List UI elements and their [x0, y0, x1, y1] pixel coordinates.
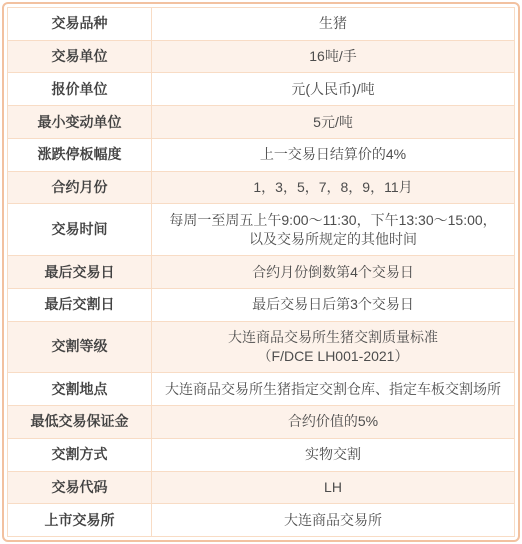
spec-label: 涨跌停板幅度: [8, 139, 152, 171]
spec-value: 实物交割: [152, 439, 514, 471]
table-row: 最后交割日 最后交易日后第3个交易日: [8, 289, 514, 322]
spec-value: 元(人民币)/吨: [152, 73, 514, 105]
spec-label: 交割方式: [8, 439, 152, 471]
table-row: 交割等级 大连商品交易所生猪交割质量标准 （F/DCE LH001-2021）: [8, 322, 514, 374]
spec-label: 最小变动单位: [8, 106, 152, 138]
table-row: 上市交易所 大连商品交易所: [8, 504, 514, 536]
spec-label: 交割等级: [8, 322, 152, 373]
spec-value: 大连商品交易所: [152, 504, 514, 536]
spec-value: 最后交易日后第3个交易日: [152, 289, 514, 321]
spec-label: 最后交易日: [8, 256, 152, 288]
table-row: 合约月份 1，3，5，7，8，9，11月: [8, 172, 514, 205]
spec-value: 1，3，5，7，8，9，11月: [152, 172, 514, 204]
table-row: 涨跌停板幅度 上一交易日结算价的4%: [8, 139, 514, 172]
table-row: 交易单位 16吨/手: [8, 41, 514, 74]
spec-label: 交割地点: [8, 373, 152, 405]
table-row: 交易品种 生猪: [8, 8, 514, 41]
table-row: 报价单位 元(人民币)/吨: [8, 73, 514, 106]
table-row: 最后交易日 合约月份倒数第4个交易日: [8, 256, 514, 289]
spec-value: 上一交易日结算价的4%: [152, 139, 514, 171]
spec-label: 最后交割日: [8, 289, 152, 321]
spec-label: 交易时间: [8, 204, 152, 255]
spec-label: 交易单位: [8, 41, 152, 73]
screenshot-canvas: 交易品种 生猪 交易单位 16吨/手 报价单位 元(人民币)/吨 最小变动单位 …: [0, 0, 522, 544]
contract-spec-table: 交易品种 生猪 交易单位 16吨/手 报价单位 元(人民币)/吨 最小变动单位 …: [7, 7, 515, 537]
spec-value: 合约价值的5%: [152, 406, 514, 438]
table-row: 交易代码 LH: [8, 472, 514, 505]
spec-value: 大连商品交易所生猪交割质量标准 （F/DCE LH001-2021）: [152, 322, 514, 373]
spec-value: 16吨/手: [152, 41, 514, 73]
table-outer-frame: 交易品种 生猪 交易单位 16吨/手 报价单位 元(人民币)/吨 最小变动单位 …: [2, 2, 520, 542]
spec-value: 5元/吨: [152, 106, 514, 138]
spec-label: 报价单位: [8, 73, 152, 105]
table-row: 最低交易保证金 合约价值的5%: [8, 406, 514, 439]
spec-label: 交易代码: [8, 472, 152, 504]
table-row: 交易时间 每周一至周五上午9:00～11:30，下午13:30～15:00， 以…: [8, 204, 514, 256]
spec-value: 大连商品交易所生猪指定交割仓库、指定车板交割场所: [152, 373, 514, 405]
table-row: 最小变动单位 5元/吨: [8, 106, 514, 139]
spec-value: 每周一至周五上午9:00～11:30，下午13:30～15:00， 以及交易所规…: [152, 204, 514, 255]
spec-value: LH: [152, 472, 514, 504]
spec-label: 交易品种: [8, 8, 152, 40]
spec-value: 生猪: [152, 8, 514, 40]
table-row: 交割方式 实物交割: [8, 439, 514, 472]
spec-label: 最低交易保证金: [8, 406, 152, 438]
spec-value: 合约月份倒数第4个交易日: [152, 256, 514, 288]
table-row: 交割地点 大连商品交易所生猪指定交割仓库、指定车板交割场所: [8, 373, 514, 406]
spec-label: 上市交易所: [8, 504, 152, 536]
spec-label: 合约月份: [8, 172, 152, 204]
